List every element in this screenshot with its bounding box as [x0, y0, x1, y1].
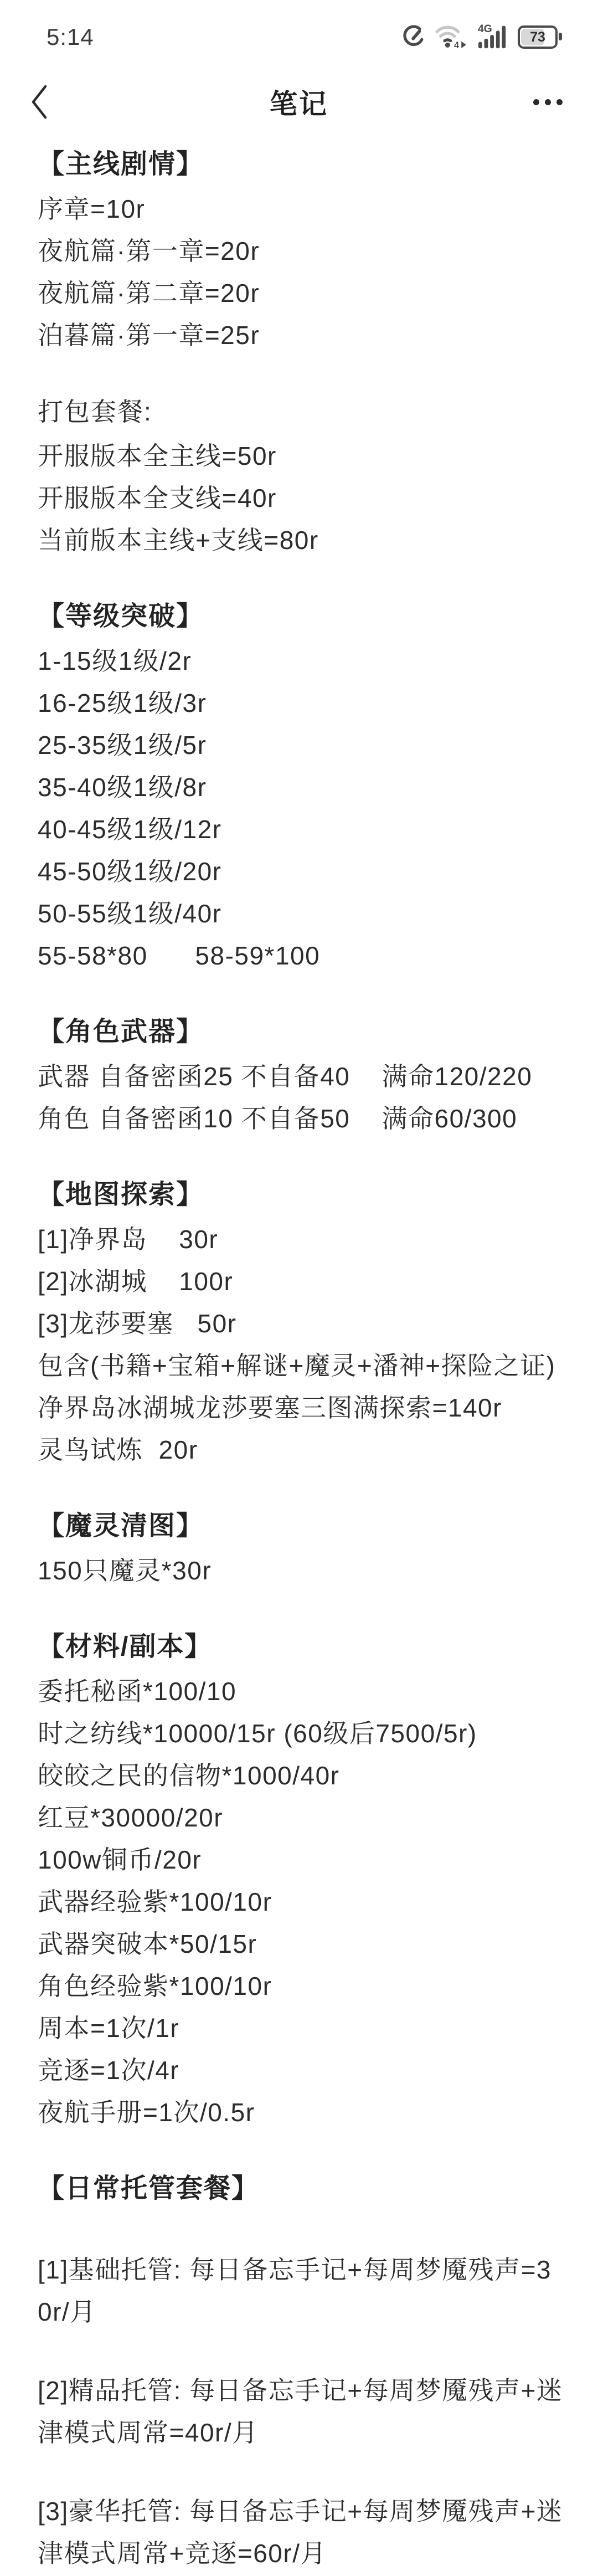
signal-4g-icon: 4G: [478, 23, 509, 52]
section-header: 【角色武器】: [38, 1009, 565, 1055]
page-title: 笔记: [0, 74, 598, 130]
note-line: [1]基础托管: 每日备忘手记+每周梦魇残声=30r/月: [38, 2249, 565, 2333]
note-line: 委托秘函*100/10: [38, 1670, 565, 1712]
note-line: 灵鸟试炼 20r: [38, 1429, 565, 1471]
note-line: 25-35级1级/5r: [38, 724, 565, 766]
note-section: 【角色武器】武器 自备密函25 不自备40 满命120/220角色 自备密函10…: [38, 1009, 565, 1140]
wifi-badge: 4: [454, 40, 459, 49]
note-line: 夜航篇·第一章=20r: [38, 230, 565, 272]
note-line: 净界岛冰湖城龙莎要塞三图满探索=140r: [38, 1387, 565, 1429]
note-line: [2]精品托管: 每日备忘手记+每周梦魇残声+迷津模式周常=40r/月: [38, 2369, 565, 2454]
network-label: 4G: [478, 23, 492, 35]
note-line: [3]豪华托管: 每日备忘手记+每周梦魇残声+迷津模式周常+竞逐=60r/月: [38, 2490, 565, 2574]
note-line: 序章=10r: [38, 188, 565, 230]
note-body[interactable]: 【主线剧情】序章=10r夜航篇·第一章=20r夜航篇·第二章=20r泊暮篇·第一…: [38, 141, 565, 2574]
note-line: 100w铜币/20r: [38, 1839, 565, 1881]
section-header: 【魔灵清图】: [38, 1503, 565, 1549]
status-bar: 5:14 4 4G: [0, 22, 598, 52]
note-section: 【地图探索】[1]净界岛 30r[2]冰湖城 100r[3]龙莎要塞 50r包含…: [38, 1172, 565, 1471]
section-header: 【日常托管套餐】: [38, 2166, 565, 2212]
note-line: 武器经验紫*100/10r: [38, 1881, 565, 1923]
note-line: 泊暮篇·第一章=25r: [38, 314, 565, 356]
note-line: 夜航篇·第二章=20r: [38, 272, 565, 314]
data-saver-icon: [403, 24, 426, 50]
wifi-icon: 4: [435, 23, 469, 52]
note-section: 【魔灵清图】150只魔灵*30r: [38, 1503, 565, 1592]
note-section: 【等级突破】1-15级1级/2r16-25级1级/3r25-35级1级/5r35…: [38, 593, 565, 977]
note-line: 武器突破本*50/15r: [38, 1923, 565, 1965]
note-section: 打包套餐:开服版本全主线=50r开服版本全支线=40r当前版本主线+支线=80r: [38, 388, 565, 561]
status-time: 5:14: [47, 24, 94, 50]
note-line: [2]冰湖城 100r: [38, 1260, 565, 1302]
section-header: 【主线剧情】: [38, 141, 565, 188]
note-line: 16-25级1级/3r: [38, 682, 565, 724]
note-line: 45-50级1级/20r: [38, 850, 565, 892]
dot-icon: [545, 99, 551, 105]
note-line: [3]龙莎要塞 50r: [38, 1302, 565, 1345]
note-line: 时之纺线*10000/15r (60级后7500/5r): [38, 1712, 565, 1754]
note-line: 皎皎之民的信物*1000/40r: [38, 1754, 565, 1797]
battery-level: 73: [520, 28, 555, 47]
dot-icon: [533, 99, 539, 105]
note-line: 包含(书籍+宝箱+解谜+魔灵+潘神+探险之证): [38, 1345, 565, 1387]
section-header: 【地图探索】: [38, 1172, 565, 1218]
note-section: 【日常托管套餐】[1]基础托管: 每日备忘手记+每周梦魇残声=30r/月[2]精…: [38, 2166, 565, 2574]
section-header: 【等级突破】: [38, 593, 565, 640]
battery-nub: [559, 33, 562, 40]
status-icons: 4 4G 73: [403, 23, 563, 52]
note-line: 夜航手册=1次/0.5r: [38, 2091, 565, 2133]
note-section: 【主线剧情】序章=10r夜航篇·第一章=20r夜航篇·第二章=20r泊暮篇·第一…: [38, 141, 565, 356]
note-line: 竞逐=1次/4r: [38, 2049, 565, 2091]
note-line: [1]净界岛 30r: [38, 1218, 565, 1260]
note-line: 开服版本全主线=50r: [38, 435, 565, 477]
battery-icon: 73: [518, 25, 558, 49]
note-line: 周本=1次/1r: [38, 2007, 565, 2049]
section-header: 打包套餐:: [38, 388, 565, 435]
section-header: 【材料/副本】: [38, 1624, 565, 1670]
note-line: 40-45级1级/12r: [38, 808, 565, 850]
note-line: 50-55级1级/40r: [38, 892, 565, 935]
note-section: 【材料/副本】委托秘函*100/10时之纺线*10000/15r (60级后75…: [38, 1624, 565, 2133]
note-line: 150只魔灵*30r: [38, 1549, 565, 1592]
note-line: 角色经验紫*100/10r: [38, 1965, 565, 2007]
note-line: 当前版本主线+支线=80r: [38, 519, 565, 561]
note-line: 武器 自备密函25 不自备40 满命120/220: [38, 1055, 565, 1097]
note-line: 开服版本全支线=40r: [38, 477, 565, 519]
note-line: 角色 自备密函10 不自备50 满命60/300: [38, 1097, 565, 1140]
note-line: 1-15级1级/2r: [38, 640, 565, 682]
more-button[interactable]: [533, 96, 563, 108]
note-line: 55-58*80 58-59*100: [38, 935, 565, 977]
dot-icon: [556, 99, 563, 105]
note-line: 红豆*30000/20r: [38, 1797, 565, 1839]
note-line: 35-40级1级/8r: [38, 766, 565, 808]
nav-bar: 笔记: [0, 74, 598, 130]
